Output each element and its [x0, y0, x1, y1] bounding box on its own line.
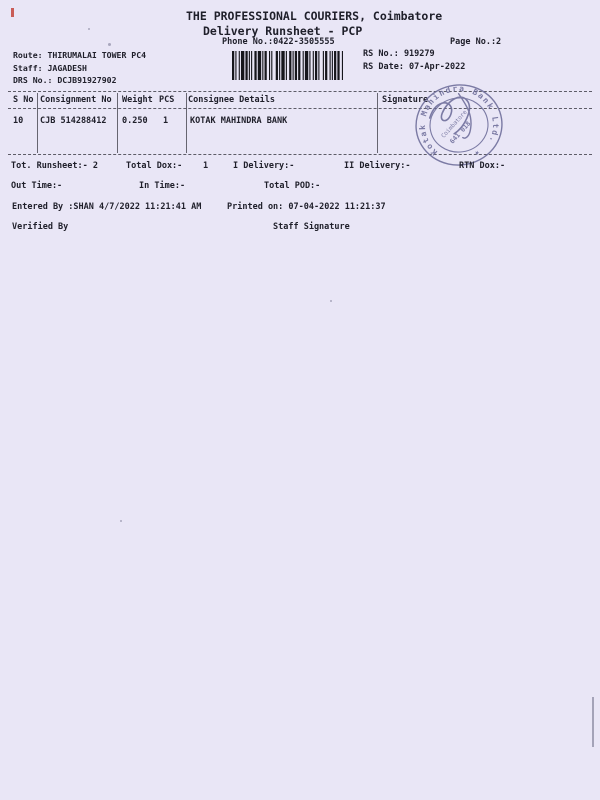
verified-by-label: Verified By	[12, 223, 68, 232]
second-delivery-field: II Delivery:-	[344, 162, 411, 171]
staff-field: Staff: JAGADESH	[13, 64, 87, 73]
table-column-divider	[377, 93, 378, 153]
scan-artifact-edge	[592, 697, 594, 747]
rs-date-field: RS Date: 07-Apr-2022	[363, 63, 465, 72]
staff-signature-label: Staff Signature	[273, 223, 350, 232]
bank-stamp: Kotak Mahindra Bank Ltd. Coimbatore 641 …	[406, 78, 514, 174]
document-title: Delivery Runsheet - PCP	[203, 25, 362, 38]
total-dox-label: Total Dox:-	[126, 162, 182, 171]
total-pod-field: Total POD:-	[264, 182, 320, 191]
row-consignment-no: CJB 514288412	[40, 117, 107, 126]
row-sno: 10	[13, 117, 23, 126]
out-time-field: Out Time:-	[11, 182, 62, 191]
scan-artifact-red-mark	[11, 8, 14, 17]
stamp-star-icon: ★	[474, 147, 481, 157]
delivery-runsheet-document: THE PROFESSIONAL COURIERS, Coimbatore De…	[0, 0, 600, 800]
column-header-consignment: Consignment No	[40, 96, 112, 105]
column-header-weight: Weight	[122, 96, 153, 105]
first-delivery-field: I Delivery:-	[233, 162, 294, 171]
scan-speck	[330, 300, 332, 302]
barcode-icon	[232, 51, 343, 80]
rtn-dox-field: RTN Dox:-	[459, 162, 505, 171]
column-header-sno: S No	[13, 96, 33, 105]
row-weight: 0.250	[122, 117, 148, 126]
scan-speck	[108, 43, 111, 46]
row-consignee: KOTAK MAHINDRA BANK	[190, 117, 287, 126]
scan-speck	[88, 28, 90, 30]
in-time-field: In Time:-	[139, 182, 185, 191]
company-title: THE PROFESSIONAL COURIERS, Coimbatore	[186, 10, 442, 23]
table-column-divider	[37, 93, 38, 153]
route-field: Route: THIRUMALAI TOWER PC4	[13, 51, 146, 60]
printed-on-field: Printed on: 07-04-2022 11:21:37	[227, 203, 386, 212]
table-column-divider	[186, 93, 187, 153]
scan-speck	[120, 520, 122, 522]
entered-by-field: Entered By :SHAN 4/7/2022 11:21:41 AM	[12, 203, 201, 212]
row-pcs: 1	[163, 117, 168, 126]
phone-number: Phone No.:0422-3505555	[222, 38, 335, 47]
total-dox-value: 1	[203, 162, 208, 171]
page-number: Page No.:2	[450, 38, 501, 47]
total-runsheet-field: Tot. Runsheet:- 2	[11, 162, 98, 171]
drs-number-field: DRS No.: DCJB91927902	[13, 76, 117, 85]
rs-number-field: RS No.: 919279	[363, 50, 435, 59]
table-column-divider	[117, 93, 118, 153]
column-header-consignee: Consignee Details	[188, 96, 275, 105]
column-header-pcs: PCS	[159, 96, 174, 105]
